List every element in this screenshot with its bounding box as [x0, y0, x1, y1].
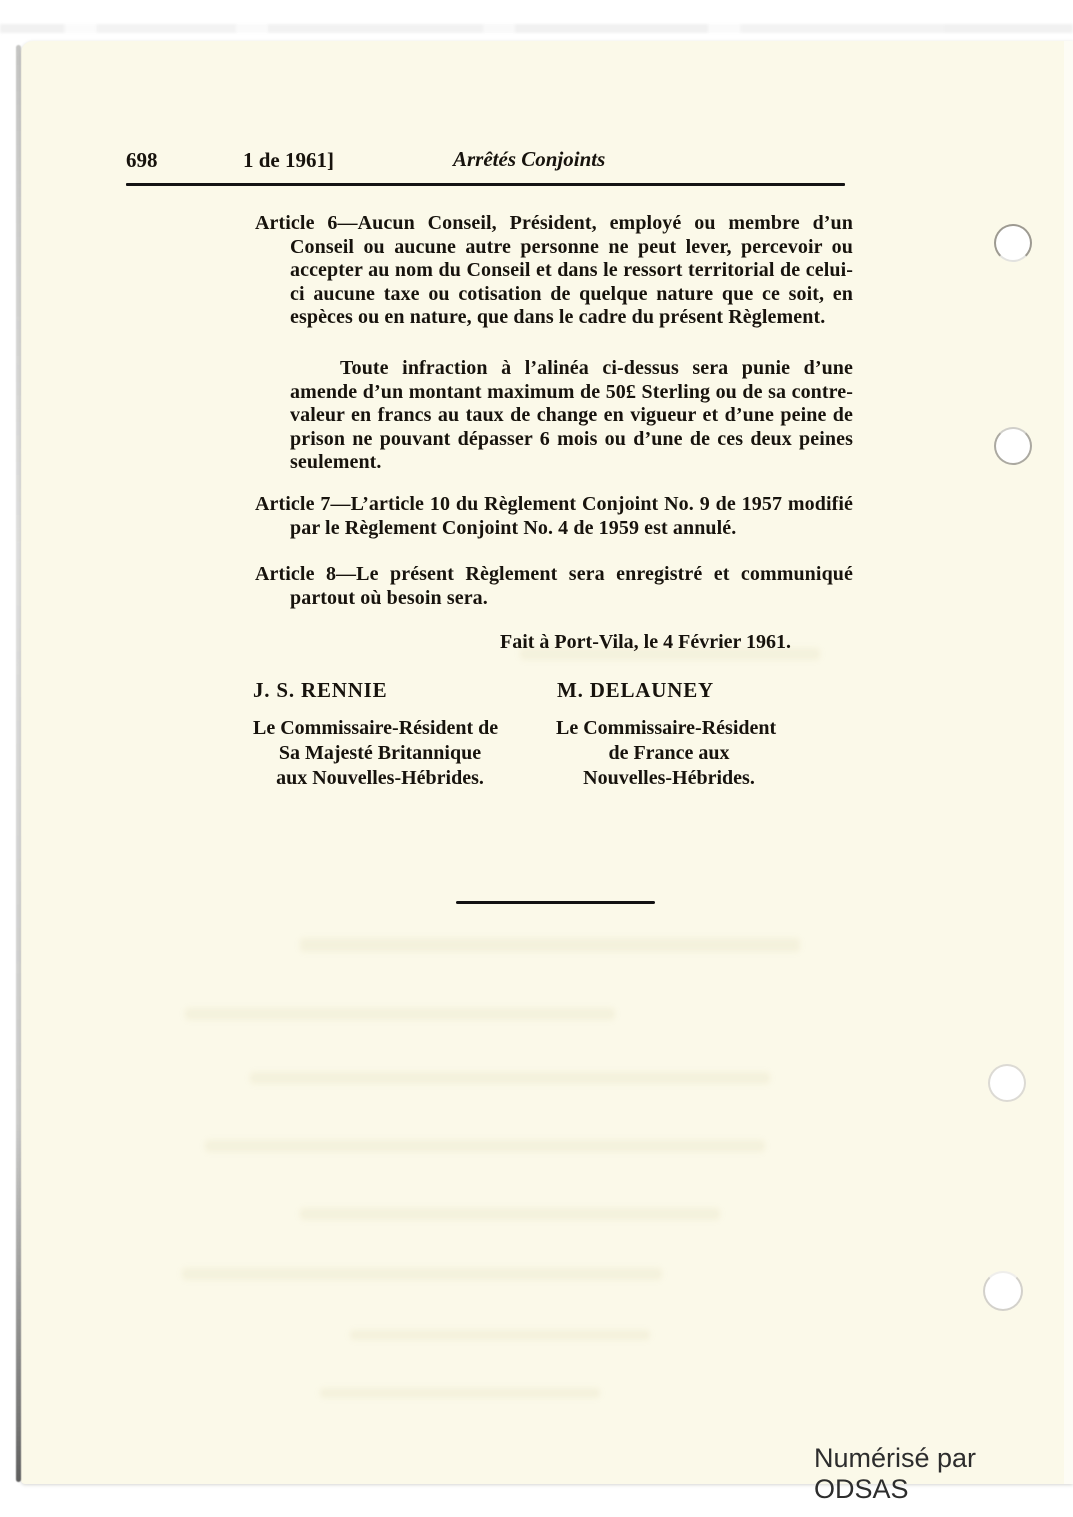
scan-credit: Numérisé par ODSAS: [814, 1443, 1073, 1505]
issue-label: 1 de 1961]: [243, 148, 334, 173]
bleed-through-mark: [300, 1208, 720, 1220]
signature-title-line: Le Commissaire-Résident: [556, 716, 782, 741]
bleed-through-mark: [300, 938, 800, 952]
punch-hole: [994, 427, 1032, 465]
signature-title-line: Sa Majesté Britannique: [253, 741, 507, 766]
paper-left-edge-shadow: [16, 45, 21, 1482]
journal-title: Arrêtés Conjoints: [453, 147, 605, 172]
header-rule: [126, 183, 845, 186]
paragraph-article-6: Article 6—Aucun Conseil, Président, empl…: [255, 212, 853, 330]
signature-title-line: de France aux: [556, 741, 782, 766]
bleed-through-mark: [182, 1268, 662, 1280]
bleed-through-mark: [185, 1008, 615, 1020]
bleed-through-mark: [205, 1140, 765, 1152]
bleed-through-mark: [250, 1072, 770, 1084]
signature-title-line: Le Commissaire-Résident de: [253, 716, 507, 741]
signature-title-line: aux Nouvelles-Hébrides.: [253, 766, 507, 791]
punch-hole: [983, 1271, 1023, 1311]
punch-hole: [994, 224, 1032, 262]
punch-hole: [988, 1064, 1026, 1102]
bleed-through-mark: [350, 1330, 650, 1340]
scanner-artifact-band: [0, 24, 1073, 33]
section-divider: [456, 901, 655, 904]
signature-title-british: Le Commissaire-Résident de Sa Majesté Br…: [253, 716, 507, 791]
page-number: 698: [126, 148, 158, 173]
signature-name-british: J. S. RENNIE: [253, 678, 387, 703]
paragraph-article-7: Article 7—L’article 10 du Règlement Conj…: [255, 493, 853, 540]
signature-title-french: Le Commissaire-Résident de France aux No…: [556, 716, 782, 791]
paper-right-edge: [1064, 41, 1073, 1484]
dateline: Fait à Port-Vila, le 4 Février 1961.: [500, 631, 791, 654]
paragraph-article-8: Article 8—Le présent Règlement sera enre…: [255, 563, 853, 610]
bleed-through-mark: [320, 1388, 600, 1398]
signature-name-french: M. DELAUNEY: [557, 678, 714, 703]
scanned-document-page: { "colors": { "paper": "#fbf9e9", "ink":…: [0, 0, 1073, 1517]
paragraph-article-6-penalty: Toute infraction à l’alinéa ci-dessus se…: [255, 357, 853, 475]
signature-title-line: Nouvelles-Hébrides.: [556, 766, 782, 791]
